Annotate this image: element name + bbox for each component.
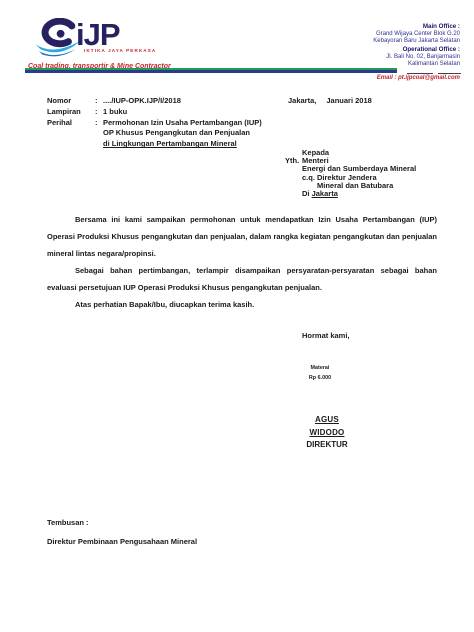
- city-date: Jakarta,Januari 2018: [288, 96, 372, 107]
- company-name: IKTIKA JAYA PERKASA: [84, 48, 158, 53]
- operational-office-line1: Jl. Bali No. 02, Banjarmasin: [373, 54, 460, 61]
- body-paragraph-2: Sebagai bahan pertimbangan, terlampir di…: [47, 263, 437, 297]
- signature-block: AGUS WIDODO DIREKTUR: [297, 414, 357, 452]
- perihal-line3: di Lingkungan Pertambangan Mineral: [103, 139, 237, 150]
- operational-office-line2: Kalimantan Selatan: [373, 61, 460, 68]
- company-logo: iJP IKTIKA JAYA PERKASA Coal trading, tr…: [32, 18, 171, 70]
- main-office-line1: Grand Wijaya Center Blok G.20: [373, 31, 460, 38]
- stamp-note: Materai Rp 6.000: [293, 364, 347, 383]
- office-addresses: Main Office : Grand Wijaya Center Blok G…: [373, 24, 460, 68]
- main-office-label: Main Office :: [373, 24, 460, 31]
- recipient-city: Di Jakarta: [285, 190, 416, 198]
- city: Jakarta,: [288, 96, 316, 105]
- recipient-block: Kepada Yth.Menteri Energi dan Sumberdaya…: [285, 149, 416, 198]
- logo-text: iJP: [76, 18, 158, 52]
- tembusan-item: Direktur Pembinaan Pengusahaan Mineral: [47, 537, 197, 546]
- operational-office-label: Operational Office :: [373, 47, 460, 54]
- stamp-line2: Rp 6.000: [293, 374, 347, 384]
- perihal-row-cont: OP Khusus Pengangkutan dan Penjualan: [47, 128, 262, 139]
- perihal-label: Perihal: [47, 118, 95, 129]
- letter-body: Bersama ini kami sampaikan permohonan un…: [47, 212, 437, 313]
- yth-prefix: Yth.: [285, 157, 302, 165]
- signer-title: DIREKTUR: [297, 439, 357, 452]
- signer-name: AGUS WIDODO: [297, 414, 357, 439]
- address-underline-dash: [407, 73, 433, 75]
- colon: :: [95, 118, 103, 129]
- lampiran-row: Lampiran : 1 buku: [47, 107, 262, 118]
- letterhead-rule-blue: [25, 70, 397, 73]
- stamp-line1: Materai: [293, 364, 347, 374]
- lampiran-value: 1 buku: [103, 107, 127, 118]
- colon: :: [95, 107, 103, 118]
- perihal-line2: OP Khusus Pengangkutan dan Penjualan: [103, 128, 250, 139]
- body-paragraph-3: Atas perhatian Bapak/Ibu, diucapkan teri…: [47, 297, 437, 314]
- letter-document: iJP IKTIKA JAYA PERKASA Coal trading, tr…: [0, 0, 474, 632]
- body-paragraph-1: Bersama ini kami sampaikan permohonan un…: [47, 212, 437, 263]
- company-email: Email : pt.ijpcoal@gmail.com: [377, 75, 460, 81]
- di-prefix: Di: [302, 189, 310, 198]
- main-office-line2: Kebayoran Baru Jakarta Selatan: [373, 38, 460, 45]
- letter-meta: Nomor : ..../IUP-OPK.IJP/I/2018 Lampiran…: [47, 96, 262, 150]
- tembusan-label: Tembusan :: [47, 518, 89, 527]
- nomor-row: Nomor : ..../IUP-OPK.IJP/I/2018: [47, 96, 262, 107]
- perihal-line1: Permohonan Izin Usaha Pertambangan (IUP): [103, 118, 262, 129]
- perihal-row: Perihal : Permohonan Izin Usaha Pertamba…: [47, 118, 262, 129]
- colon: :: [95, 96, 103, 107]
- perihal-row-cont: di Lingkungan Pertambangan Mineral: [47, 139, 262, 150]
- address-underline-dash: [438, 73, 461, 75]
- nomor-value: ..../IUP-OPK.IJP/I/2018: [103, 96, 181, 107]
- recipient-city-name: Jakarta: [312, 189, 338, 198]
- lampiran-label: Lampiran: [47, 107, 95, 118]
- date: Januari 2018: [326, 96, 371, 105]
- closing-salutation: Hormat kami,: [302, 331, 350, 340]
- nomor-label: Nomor: [47, 96, 95, 107]
